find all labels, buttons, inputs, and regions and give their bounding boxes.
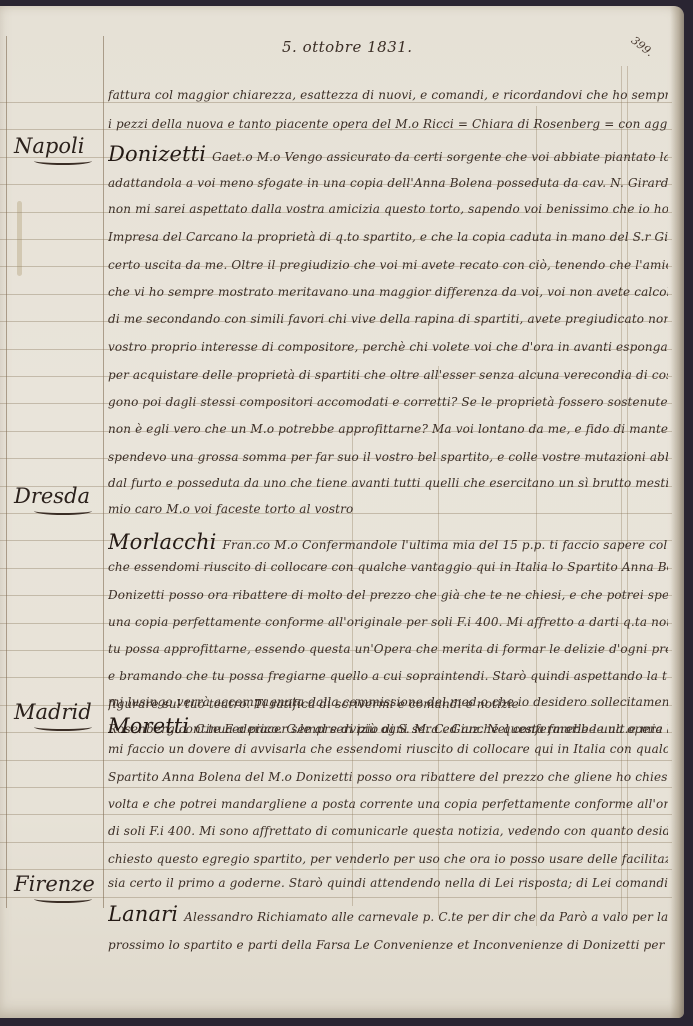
- text-line: una copia perfettamente conforme all'ori…: [108, 615, 668, 629]
- line-text: Impresa del Carcano la proprietà di q.to…: [108, 230, 668, 244]
- column-rule: [627, 66, 628, 916]
- text-line: che vi ho sempre mostrato meritavano una…: [108, 285, 668, 299]
- letter-heading-line: LanariAlessandro Richiamato alle carneva…: [108, 902, 668, 926]
- text-line: figurare sul tuo teatro. Ti ratifica di …: [108, 697, 668, 711]
- recipient-name: Morlacchi: [108, 530, 217, 554]
- line-text: chiesto questo egregio spartito, per ven…: [108, 852, 668, 866]
- text-line: volta e che potrei mandargliene a posta …: [108, 797, 668, 811]
- ruled-line: [0, 869, 672, 870]
- ruled-line: [0, 814, 672, 815]
- line-text: Spartito Anna Bolena del M.o Donizetti p…: [108, 770, 668, 784]
- city-name: Madrid: [14, 700, 92, 724]
- line-text: volta e che potrei mandargliene a posta …: [108, 797, 668, 811]
- city-name: Napoli: [14, 134, 84, 158]
- column-rule: [621, 66, 622, 916]
- text-line: i pezzi della nuova e tanto piacente ope…: [108, 117, 668, 131]
- text-line: per acquistare delle proprietà di sparti…: [108, 368, 668, 382]
- text-line: spendevo una grossa somma per far suo il…: [108, 450, 668, 464]
- line-text: e bramando che tu possa fregiarne quello…: [108, 669, 668, 683]
- line-text: dal furto e posseduta da uno che tiene a…: [108, 476, 668, 490]
- flourish-underline: [34, 157, 92, 165]
- margin-label-firenze: Firenze: [14, 872, 104, 903]
- line-text: vostro proprio interesse di compositore,…: [108, 340, 668, 354]
- text-line: Spartito Anna Bolena del M.o Donizetti p…: [108, 770, 668, 784]
- manuscript-page: 5. ottobre 1831. 399. NapoliDresdaMadrid…: [0, 6, 684, 1018]
- flourish-underline: [34, 723, 92, 731]
- recipient-name: Donizetti: [108, 142, 206, 166]
- text-line: di me secondando con simili favori chi v…: [108, 312, 668, 326]
- text-line: che essendomi riuscito di collocare con …: [108, 560, 668, 574]
- text-line: non mi sarei aspettato dalla vostra amic…: [108, 202, 668, 216]
- recipient-name: Lanari: [108, 902, 178, 926]
- line-text: spendevo una grossa somma per far suo il…: [108, 450, 668, 464]
- text-line: chiesto questo egregio spartito, per ven…: [108, 852, 668, 866]
- margin-label-napoli: Napoli: [14, 134, 104, 165]
- page-edge: [670, 6, 684, 1018]
- letter-heading-line: MorlacchiFran.co M.o Confermandole l'ult…: [108, 530, 668, 554]
- ruled-line: [0, 102, 672, 103]
- letter-heading-line: MorettiC.te Federico. G.le al servizio d…: [108, 714, 668, 738]
- line-text: Gaet.o M.o Vengo assicurato da certi sor…: [212, 150, 668, 164]
- line-text: non è egli vero che un M.o potrebbe appr…: [108, 422, 668, 436]
- line-text: Donizetti posso ora ribattere di molto d…: [108, 588, 668, 602]
- line-text: mi faccio un dovere di avvisarla che ess…: [108, 742, 668, 756]
- letter-date: 5. ottobre 1831.: [282, 38, 413, 56]
- line-text: non mi sarei aspettato dalla vostra amic…: [108, 202, 668, 216]
- line-text: di me secondando con simili favori chi v…: [108, 312, 668, 326]
- text-line: prossimo lo spartito e parti della Farsa…: [108, 938, 668, 952]
- folio-number: 399.: [629, 34, 656, 59]
- line-text: certo uscita da me. Oltre il pregiudizio…: [108, 258, 668, 272]
- text-line: sia certo il primo a goderne. Starò quin…: [108, 876, 668, 890]
- line-text: gono poi dagli stessi compositori accomo…: [108, 395, 668, 409]
- letter-heading-line: DonizettiGaet.o M.o Vengo assicurato da …: [108, 142, 668, 166]
- margin-rule: [103, 36, 104, 908]
- text-line: adattandola a voi meno sfogate in una co…: [108, 176, 668, 190]
- line-text: una copia perfettamente conforme all'ori…: [108, 615, 668, 629]
- line-text: i pezzi della nuova e tanto piacente ope…: [108, 117, 668, 131]
- text-line: tu possa approfittarne, essendo questa u…: [108, 642, 668, 656]
- line-text: che essendomi riuscito di collocare con …: [108, 560, 668, 574]
- line-text: che vi ho sempre mostrato meritavano una…: [108, 285, 668, 299]
- line-text: di soli F.i 400. Mi sono affrettato di c…: [108, 824, 668, 838]
- margin-label-dresda: Dresda: [14, 484, 104, 515]
- text-line: Impresa del Carcano la proprietà di q.to…: [108, 230, 668, 244]
- line-text: Fran.co M.o Confermandole l'ultima mia d…: [223, 538, 668, 552]
- text-line: certo uscita da me. Oltre il pregiudizio…: [108, 258, 668, 272]
- line-text: mio caro M.o voi faceste torto al vostro: [108, 502, 353, 516]
- ruled-line: [0, 760, 672, 761]
- text-line: dal furto e posseduta da uno che tiene a…: [108, 476, 668, 490]
- city-name: Dresda: [14, 484, 90, 508]
- line-text: adattandola a voi meno sfogate in una co…: [108, 176, 668, 190]
- margin-label-madrid: Madrid: [14, 700, 104, 731]
- text-line: Donizetti posso ora ribattere di molto d…: [108, 588, 668, 602]
- flourish-underline: [34, 507, 92, 515]
- ruled-line: [0, 787, 672, 788]
- recipient-name: Moretti: [108, 714, 189, 738]
- text-line: non è egli vero che un M.o potrebbe appr…: [108, 422, 668, 436]
- line-text: C.te Federico. G.le al servizio di S. M.…: [195, 722, 668, 736]
- left-edge-rule: [6, 36, 7, 908]
- ruled-line: [0, 842, 672, 843]
- text-line: e bramando che tu possa fregiarne quello…: [108, 669, 668, 683]
- text-line: vostro proprio interesse di compositore,…: [108, 340, 668, 354]
- line-text: figurare sul tuo teatro. Ti ratifica di …: [108, 697, 519, 711]
- text-line: gono poi dagli stessi compositori accomo…: [108, 395, 668, 409]
- text-line: mi faccio un dovere di avvisarla che ess…: [108, 742, 668, 756]
- line-text: sia certo il primo a goderne. Starò quin…: [108, 876, 668, 890]
- flourish-underline: [34, 895, 92, 903]
- line-text: tu possa approfittarne, essendo questa u…: [108, 642, 668, 656]
- line-text: per acquistare delle proprietà di sparti…: [108, 368, 668, 382]
- city-name: Firenze: [14, 872, 95, 896]
- text-line: fattura col maggior chiarezza, esattezza…: [108, 88, 668, 102]
- text-line: di soli F.i 400. Mi sono affrettato di c…: [108, 824, 668, 838]
- text-line: mio caro M.o voi faceste torto al vostro: [108, 502, 668, 516]
- line-text: fattura col maggior chiarezza, esattezza…: [108, 88, 668, 102]
- line-text: Alessandro Richiamato alle carnevale p. …: [184, 910, 668, 924]
- line-text: prossimo lo spartito e parti della Farsa…: [108, 938, 668, 952]
